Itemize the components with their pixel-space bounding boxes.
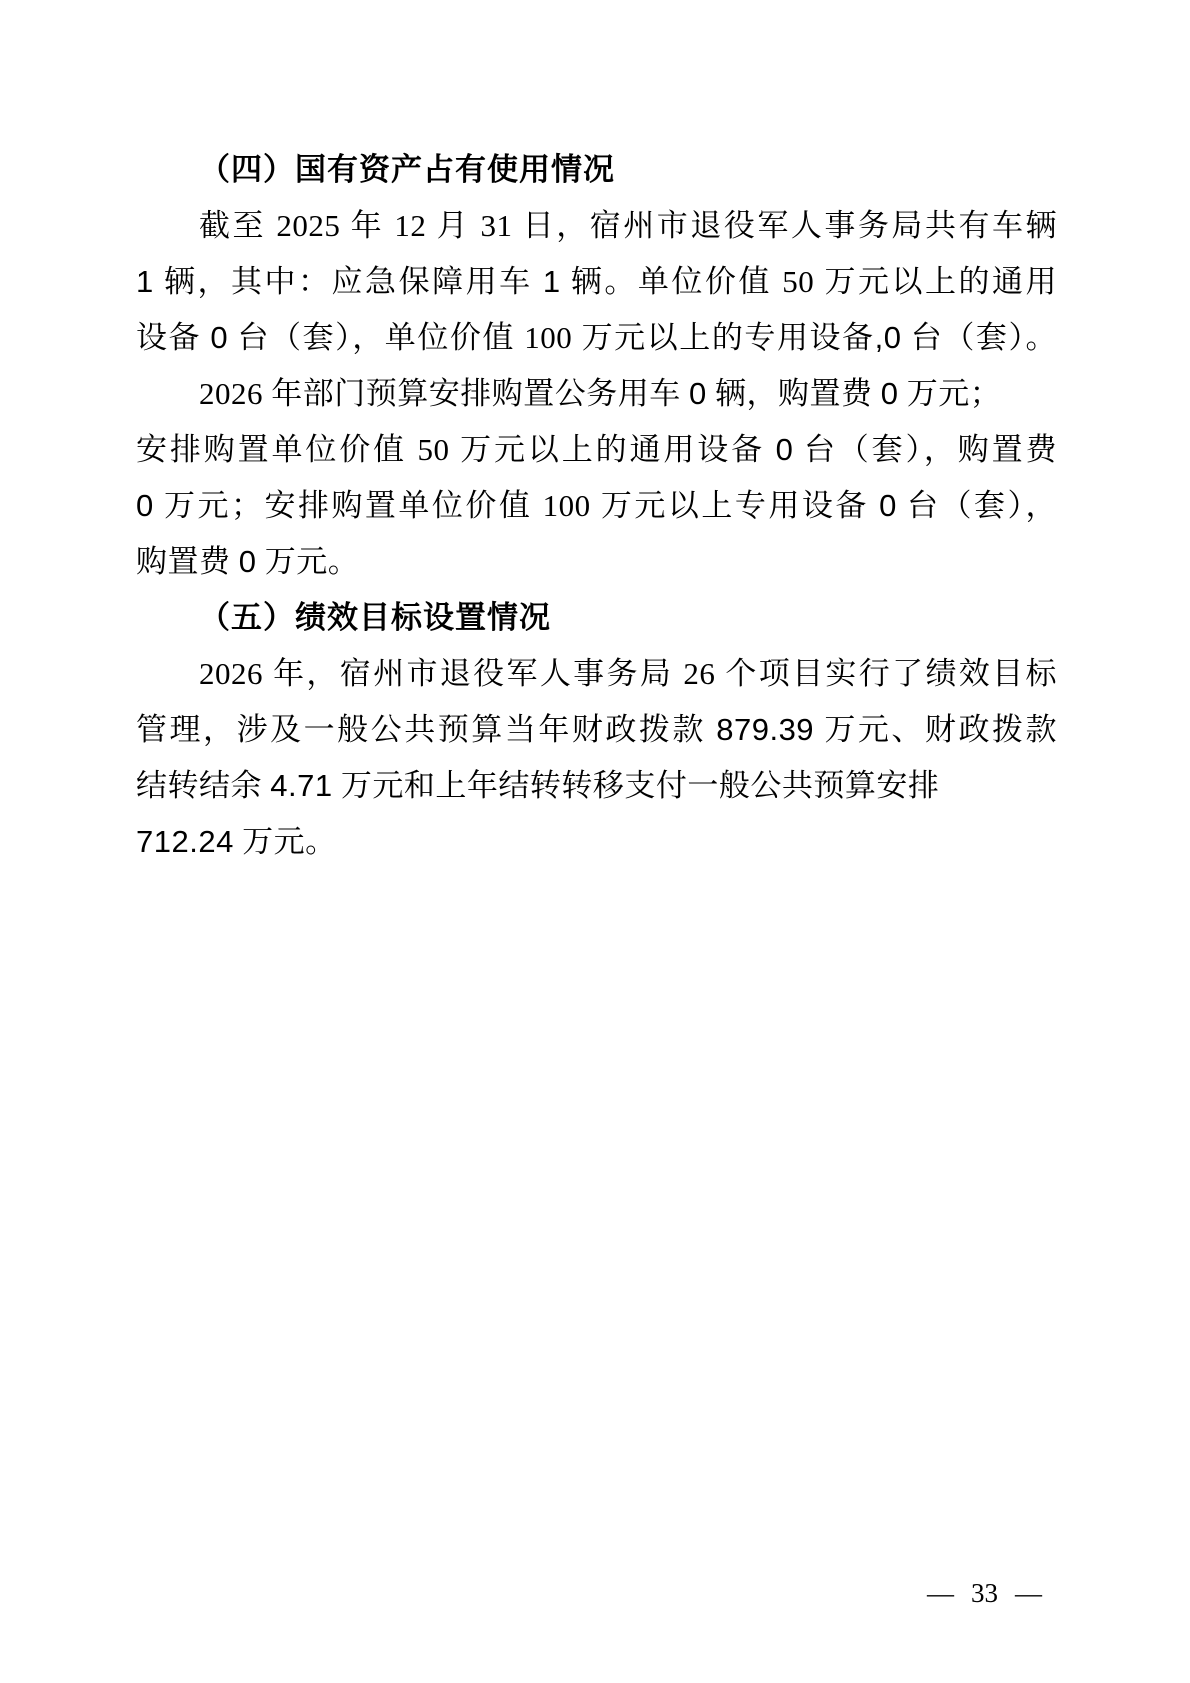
text-run: 结转结余 [136,768,270,803]
number-run: 31 [480,208,512,243]
number-run: 712.24 [136,824,234,859]
text-run: 日，宿州市退役军人事务局共有车辆 [512,208,1057,243]
text-run: （四）国有资产占有使用情况 [199,152,615,187]
text-run: 万元。 [257,544,360,579]
number-run: 26 [683,656,715,691]
section-heading-5: （五）绩效目标设置情况 [136,590,1057,646]
text-run: 个项目实行了绩效目标 [715,656,1057,691]
paragraph-procurement-line-2: 安排购置单位价值 50 万元以上的通用设备 0 台（套），购置费 [136,422,1057,478]
number-run: 4.71 [270,768,332,803]
text-run: 万元和上年结转转移支付一般公共预算安排 [333,768,940,803]
text-run: 设备 [136,320,210,355]
text-run: 万元。 [234,824,337,859]
text-run: 安排购置单位价值 [136,432,418,467]
text-run: 万元以上的通用设备 [450,432,776,467]
number-run: 0 [136,488,154,523]
text-run: （五）绩效目标设置情况 [199,600,551,635]
number-run: 0 [776,432,794,467]
text-run: 台（套），单位价值 [228,320,524,355]
paragraph-performance-line-4: 712.24 万元。 [136,814,1057,870]
document-page: （四）国有资产占有使用情况截至 2025 年 12 月 31 日，宿州市退役军人… [0,0,1190,1683]
page-footer: — 33 — [927,1576,1042,1610]
number-run: 0 [239,544,257,579]
paragraph-procurement-line-4: 购置费 0 万元。 [136,534,1057,590]
text-run: 万元以上的专用设备 [572,320,874,355]
number-run: 2025 [276,208,340,243]
paragraph-assets-line-2: 1 辆，其中：应急保障用车 1 辆。单位价值 50 万元以上的通用 [136,254,1057,310]
text-run: 年 [340,208,394,243]
number-run: 0 [881,376,899,411]
text-run: 台（套），购置费 [793,432,1057,467]
paragraph-procurement-line-1: 2026 年部门预算安排购置公务用车 0 辆，购置费 0 万元； [136,366,1057,422]
number-run: 0 [210,320,228,355]
text-run: 台（套）， [897,488,1057,523]
paragraph-performance-line-3: 结转结余 4.71 万元和上年结转转移支付一般公共预算安排 [136,758,1057,814]
text-run: 万元； [899,376,1002,411]
paragraph-performance-line-2: 管理，涉及一般公共预算当年财政拨款 879.39 万元、财政拨款 [136,702,1057,758]
text-run: 购置费 [136,544,239,579]
number-run: 100 [543,488,591,523]
page-number: 33 [971,1576,998,1610]
number-run: 100 [524,320,572,355]
text-run: 辆。单位价值 [561,264,783,299]
text-run: 截至 [199,208,276,243]
number-run: 1 [136,264,154,299]
text-run: 管理，涉及一般公共预算当年财政拨款 [136,712,716,747]
paragraph-performance-line-1: 2026 年，宿州市退役军人事务局 26 个项目实行了绩效目标 [136,646,1057,702]
text-run: 万元以上专用设备 [591,488,879,523]
text-run: 辆，购置费 [707,376,881,411]
section-heading-4: （四）国有资产占有使用情况 [136,142,1057,198]
text-run: 万元以上的通用 [814,264,1057,299]
number-run: ,0 [875,320,902,355]
number-run: 1 [543,264,561,299]
number-run: 2026 [199,656,263,691]
text-run: 月 [426,208,480,243]
number-run: 0 [689,376,707,411]
number-run: 50 [418,432,450,467]
text-run: 万元、财政拨款 [814,712,1057,747]
footer-dash-left: — [927,1576,954,1610]
text-run: 年，宿州市退役军人事务局 [263,656,683,691]
paragraph-assets-line-1: 截至 2025 年 12 月 31 日，宿州市退役军人事务局共有车辆 [136,198,1057,254]
number-run: 879.39 [716,712,814,747]
number-run: 2026 [199,376,263,411]
text-run: 年部门预算安排购置公务用车 [263,376,689,411]
text-run: 台（套）。 [901,320,1057,355]
number-run: 0 [879,488,897,523]
document-content: （四）国有资产占有使用情况截至 2025 年 12 月 31 日，宿州市退役军人… [136,142,1057,870]
paragraph-assets-line-3: 设备 0 台（套），单位价值 100 万元以上的专用设备,0 台（套）。 [136,310,1057,366]
number-run: 12 [394,208,426,243]
paragraph-procurement-line-3: 0 万元；安排购置单位价值 100 万元以上专用设备 0 台（套）， [136,478,1057,534]
footer-dash-right: — [1015,1576,1042,1610]
text-run: 万元；安排购置单位价值 [154,488,543,523]
number-run: 50 [782,264,814,299]
text-run: 辆，其中：应急保障用车 [154,264,543,299]
